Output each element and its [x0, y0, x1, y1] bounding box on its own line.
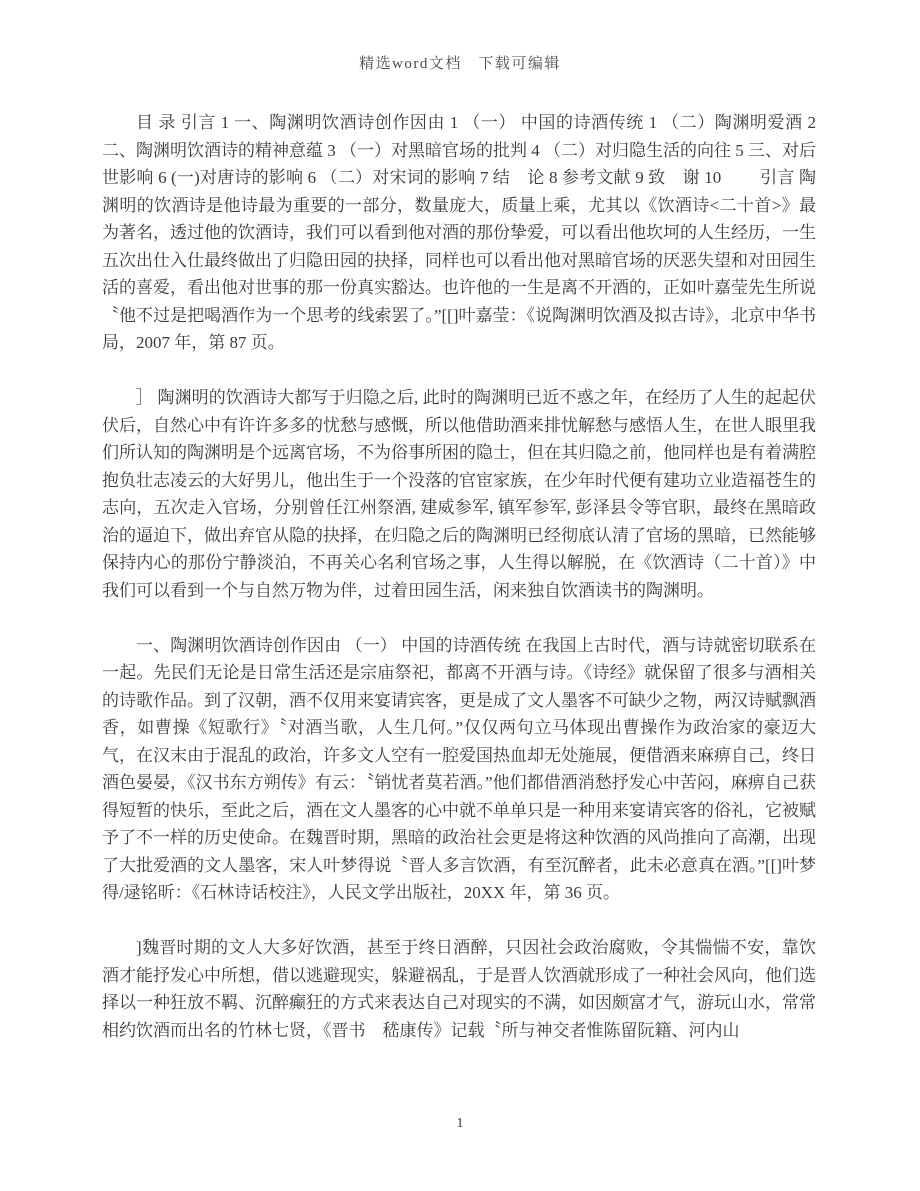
page-header: 精选word文档 下载可编辑	[0, 52, 920, 73]
document-page: 精选word文档 下载可编辑 目 录 引言 1 一、陶渊明饮酒诗创作因由 1 （…	[0, 0, 920, 1191]
body-paragraph: 一、陶渊明饮酒诗创作因由 （一） 中国的诗酒传统 在我国上古时代，酒与诗就密切联…	[102, 632, 816, 907]
body-paragraph: ]魏晋时期的文人大多好饮酒，甚至于终日酒醉，只因社会政治腐败，令其惴惴不安，靠饮…	[102, 934, 816, 1044]
body-paragraph: 目 录 引言 1 一、陶渊明饮酒诗创作因由 1 （一） 中国的诗酒传统 1 （二…	[102, 109, 816, 357]
document-body: 目 录 引言 1 一、陶渊明饮酒诗创作因由 1 （一） 中国的诗酒传统 1 （二…	[102, 109, 816, 1072]
page-number: 1	[0, 1116, 920, 1132]
body-paragraph: ］ 陶渊明的饮酒诗大都写于归隐之后, 此时的陶渊明已近不惑之年，在经历了人生的起…	[102, 384, 816, 604]
